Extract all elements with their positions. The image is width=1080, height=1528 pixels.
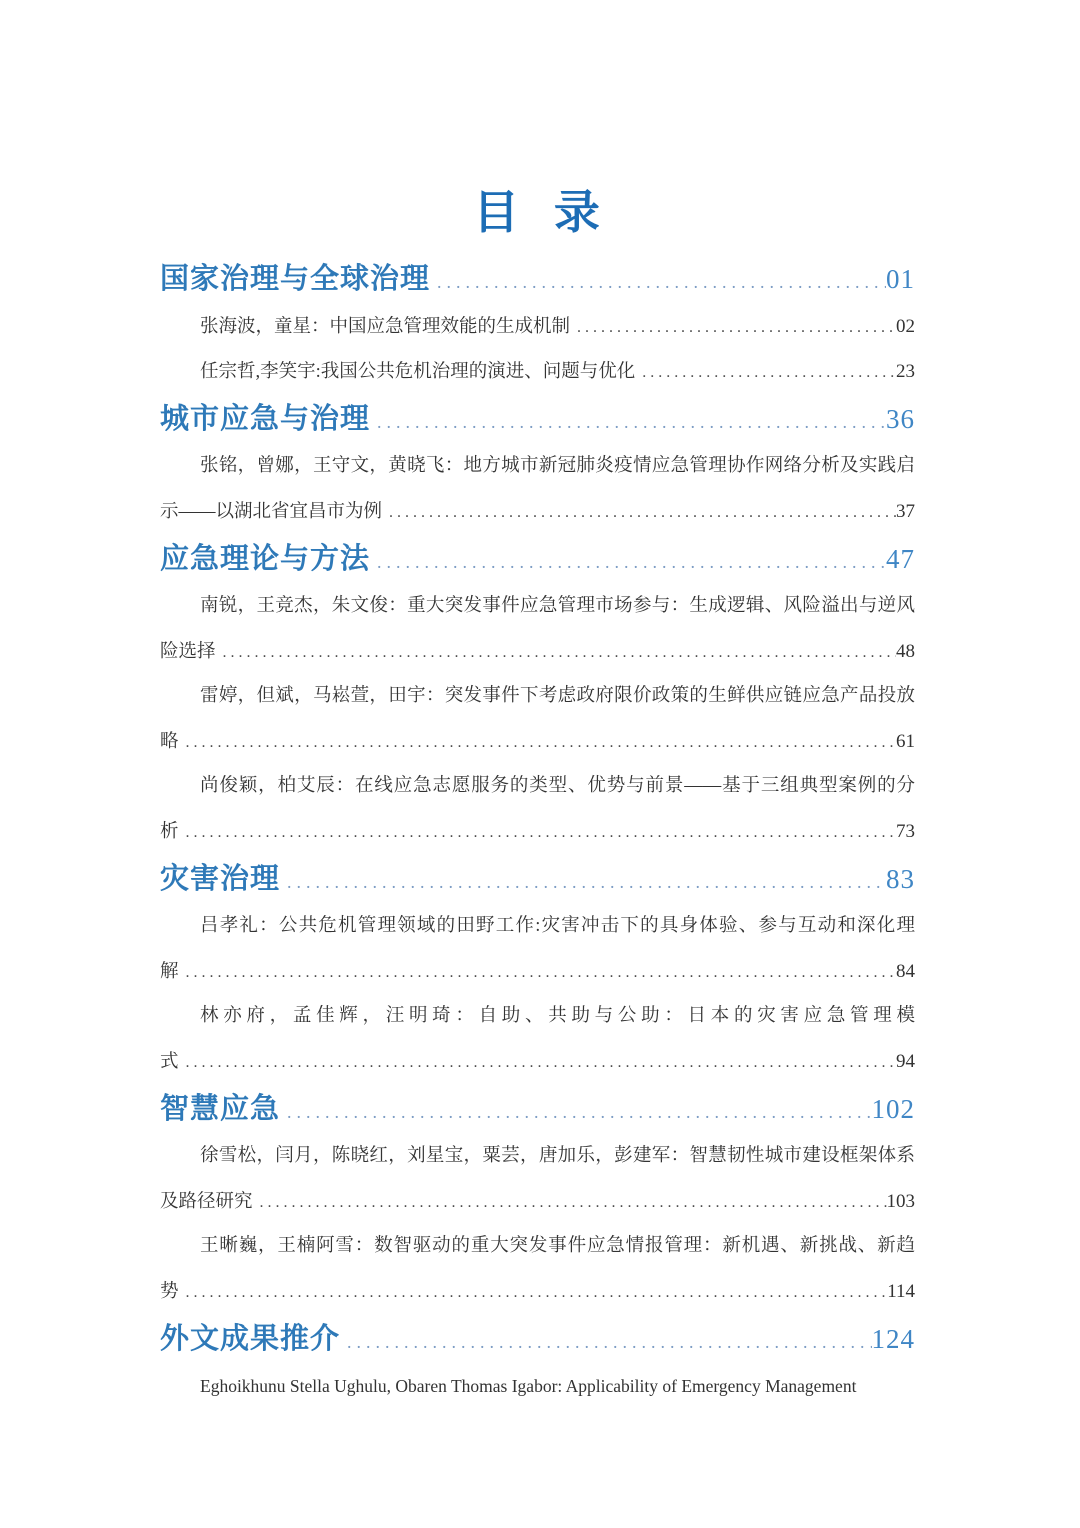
section-title: 国家治理与全球治理 [160,254,430,304]
toc-entry-line: 王晰巍，王楠阿雪：数智驱动的重大突发事件应急情报管理：新机遇、新挑战、新趋 [160,1224,915,1269]
entry-text: 略 [160,720,179,765]
dot-leader: ........................................… [179,1270,888,1315]
entry-page-number: 114 [887,1269,915,1314]
section-heading-row-3: 应急理论与方法.................................… [160,534,915,584]
entry-text: 徐雪松，闫月，陈晓红，刘星宝，粟芸，唐加乐，彭建军：智慧韧性城市建设框架体系 [200,1134,915,1179]
toc-entry-line: 式.......................................… [160,1039,915,1084]
entry-text: 析 [160,810,179,855]
toc-entry-line: 险选择.....................................… [160,629,915,674]
dot-leader: ........................................… [382,490,896,535]
dot-leader: ........................................… [179,810,896,855]
entry-page-number: 37 [896,489,915,534]
toc-entry-line: Eghoikhunu Stella Ughulu, Obaren Thomas … [160,1364,915,1409]
section-heading-row-2: 城市应急与治理.................................… [160,394,915,444]
dot-leader: ........................................… [340,1317,871,1367]
toc-entry-line: 势.......................................… [160,1269,915,1314]
entry-text: 吕孝礼：公共危机管理领域的田野工作:灾害冲击下的具身体验、参与互动和深化理 [200,904,915,949]
toc-entry-line: 尚俊颖，柏艾辰：在线应急志愿服务的类型、优势与前景——基于三组典型案例的分 [160,764,915,809]
toc-entry-line: 雷婷，但斌，马崧萱，田宇：突发事件下考虑政府限价政策的生鲜供应链应急产品投放 [160,674,915,719]
section-title: 城市应急与治理 [160,394,370,444]
toc-entry-line: 张海波，童星：中国应急管理效能的生成机制....................… [160,304,915,349]
section-page-number: 47 [886,534,915,584]
entry-text: 及路径研究 [160,1180,253,1225]
entry-text: 张铭，曾娜，王守文，黄晓飞：地方城市新冠肺炎疫情应急管理协作网络分析及实践启 [200,444,915,489]
dot-leader: ........................................… [570,305,896,350]
entry-text: 解 [160,950,179,995]
dot-leader: ........................................… [253,1180,887,1225]
dot-leader: ........................................… [280,1087,871,1137]
entry-text: 王晰巍，王楠阿雪：数智驱动的重大突发事件应急情报管理：新机遇、新挑战、新趋 [200,1224,915,1269]
toc-entry-line: 林亦府，孟佳辉，汪明琦：自助、共助与公助：日本的灾害应急管理模 [160,994,915,1039]
dot-leader: ........................................… [179,950,896,995]
entry-page-number: 48 [896,629,915,674]
entry-text: 张海波，童星：中国应急管理效能的生成机制 [200,305,570,350]
page-title: 目 录 [160,184,915,240]
toc-entry-line: 吕孝礼：公共危机管理领域的田野工作:灾害冲击下的具身体验、参与互动和深化理 [160,904,915,949]
section-page-number: 36 [886,394,915,444]
toc-entry-line: 任宗哲,李笑宇:我国公共危机治理的演进、问题与优化...............… [160,349,915,394]
entry-text: 式 [160,1040,179,1085]
entry-text: 南锐，王竞杰，朱文俊：重大突发事件应急管理市场参与：生成逻辑、风险溢出与逆风 [200,584,915,629]
dot-leader: ........................................… [179,1040,896,1085]
entry-text: 任宗哲,李笑宇:我国公共危机治理的演进、问题与优化 [200,350,635,395]
section-heading-row-1: 国家治理与全球治理...............................… [160,254,915,304]
toc-entry-line: 略.......................................… [160,719,915,764]
section-heading-row-5: 智慧应急....................................… [160,1084,915,1134]
section-title: 灾害治理 [160,854,280,904]
section-page-number: 124 [872,1314,916,1364]
section-page-number: 01 [886,254,915,304]
dot-leader: ........................................… [280,857,886,907]
toc-page: 目 录 国家治理与全球治理...........................… [0,0,1080,1409]
entry-text: 势 [160,1270,179,1315]
section-title: 外文成果推介 [160,1314,340,1364]
entry-page-number: 84 [896,949,915,994]
entry-text: 险选择 [160,630,216,675]
entry-text: 尚俊颖，柏艾辰：在线应急志愿服务的类型、优势与前景——基于三组典型案例的分 [200,764,915,809]
section-title: 智慧应急 [160,1084,280,1134]
dot-leader: ........................................… [216,630,896,675]
entry-text: 示——以湖北省宜昌市为例 [160,490,382,535]
dot-leader: ........................................… [370,397,886,447]
toc-entry-line: 析.......................................… [160,809,915,854]
dot-leader: ........................................… [370,537,886,587]
dot-leader: ........................................… [635,350,896,395]
toc-entry-line: 南锐，王竞杰，朱文俊：重大突发事件应急管理市场参与：生成逻辑、风险溢出与逆风 [160,584,915,629]
section-heading-row-6: 外文成果推介..................................… [160,1314,915,1364]
entry-text: 雷婷，但斌，马崧萱，田宇：突发事件下考虑政府限价政策的生鲜供应链应急产品投放 [200,674,915,719]
entry-page-number: 94 [896,1039,915,1084]
section-page-number: 83 [886,854,915,904]
section-title: 应急理论与方法 [160,534,370,584]
entry-page-number: 103 [887,1179,916,1224]
toc-entry-line: 及路径研究...................................… [160,1179,915,1224]
dot-leader: ........................................… [430,257,886,307]
entry-page-number: 61 [896,719,915,764]
entry-page-number: 23 [896,349,915,394]
toc-entry-line: 示——以湖北省宜昌市为例............................… [160,489,915,534]
section-heading-row-4: 灾害治理....................................… [160,854,915,904]
toc-entry-line: 张铭，曾娜，王守文，黄晓飞：地方城市新冠肺炎疫情应急管理协作网络分析及实践启 [160,444,915,489]
entry-text: 林亦府，孟佳辉，汪明琦：自助、共助与公助：日本的灾害应急管理模 [200,994,915,1039]
entry-text: Eghoikhunu Stella Ughulu, Obaren Thomas … [200,1364,856,1409]
entry-page-number: 73 [896,809,915,854]
toc-entry-line: 徐雪松，闫月，陈晓红，刘星宝，粟芸，唐加乐，彭建军：智慧韧性城市建设框架体系 [160,1134,915,1179]
dot-leader: ........................................… [179,720,896,765]
toc-body: 国家治理与全球治理...............................… [160,254,915,1409]
section-page-number: 102 [872,1084,916,1134]
entry-page-number: 02 [896,304,915,349]
toc-entry-line: 解.......................................… [160,949,915,994]
